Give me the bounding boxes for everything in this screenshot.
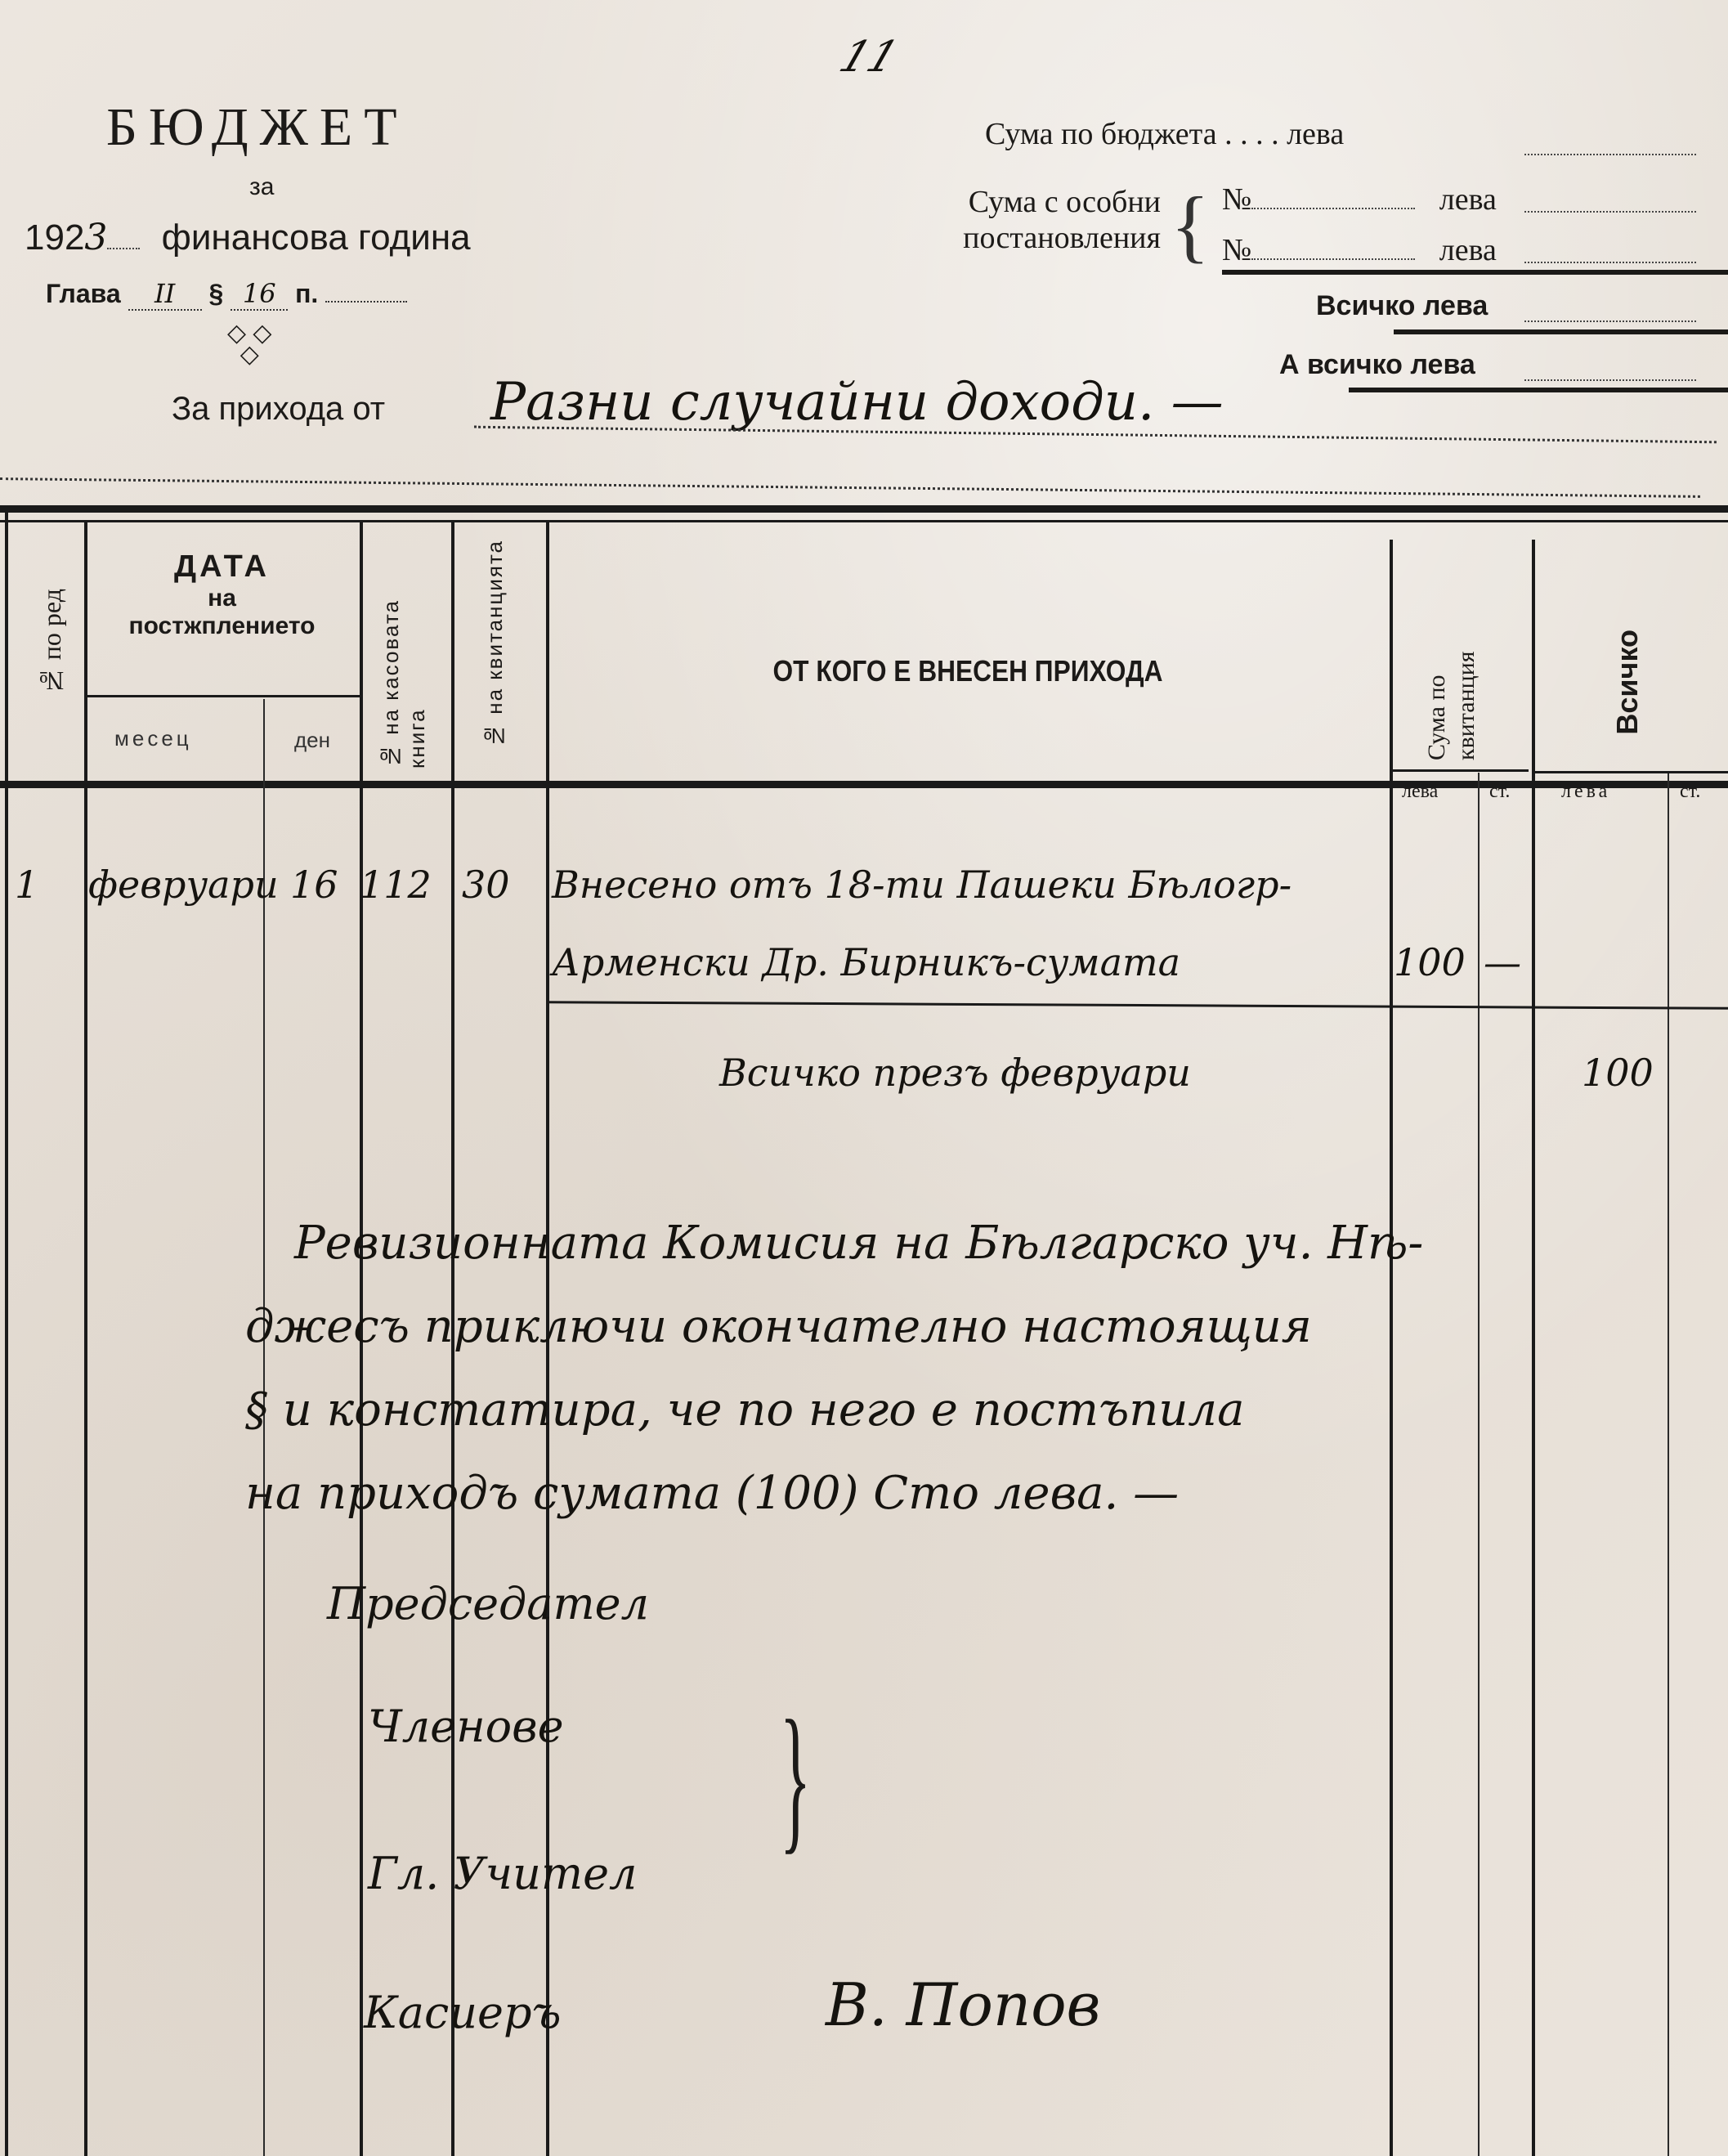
income-from-label: За прихода от xyxy=(172,391,385,428)
col-header-receipt-sum: Сума по квитанция xyxy=(1422,589,1488,760)
cell-day: 16 xyxy=(290,863,338,907)
col-header-day: ден xyxy=(294,728,330,753)
col-header-date: ДАТА на постжплението xyxy=(84,549,360,640)
point-label: п. xyxy=(295,279,318,308)
col-header-from-whom: ОТ КОГО Е ВНЕСЕН ПРИХОДА xyxy=(597,654,1339,688)
income-from-value: Разни случайни доходи. — xyxy=(490,372,1224,433)
table-top-inner-border xyxy=(0,520,1728,522)
cell-from-line-2: Арменски Др. Бирникъ-сумата xyxy=(552,940,1180,984)
col-header-st-total: ст. xyxy=(1680,781,1700,803)
signature-members: Членове xyxy=(368,1701,564,1752)
col-header-cash-book: № на касовата книга xyxy=(378,572,435,769)
paragraph-value: 16 xyxy=(231,278,288,311)
no-label: № xyxy=(1222,182,1251,217)
point-value xyxy=(325,301,407,303)
divider xyxy=(1349,388,1728,392)
total-subdivider xyxy=(1533,771,1728,773)
cell-month: февруари xyxy=(88,863,279,907)
special-sum-2-value xyxy=(1524,262,1696,263)
col-header-receipt-no: № на квитанцията xyxy=(482,540,508,748)
table-top-border xyxy=(0,505,1728,513)
cell-row-no: 1 xyxy=(15,863,38,907)
chapter-value: II xyxy=(128,278,202,311)
sum-subdivider xyxy=(1390,769,1529,772)
cell-receipt-st: — xyxy=(1484,940,1521,984)
title-for: за xyxy=(249,173,274,201)
divider xyxy=(1222,270,1728,275)
col-line xyxy=(1532,540,1535,2156)
signature-head-teacher: Гл. Учител xyxy=(368,1848,637,1899)
monthly-total-label: Всичко презъ февруари xyxy=(719,1051,1191,1095)
year-handwritten: 3 xyxy=(84,217,107,258)
special-sum-label-line-1: Сума с особни xyxy=(932,184,1161,220)
cell-receipt: 30 xyxy=(462,863,510,907)
total-label: Всичко лева xyxy=(1316,290,1488,322)
chapter-line: Глава II § 16 п. xyxy=(46,278,407,311)
no-label: № xyxy=(1222,233,1251,267)
brace-icon: } xyxy=(780,1684,811,1871)
cell-from-line-1: Внесено отъ 18-ти Пашеки Бѣлогр- xyxy=(552,863,1292,907)
document-title: БЮДЖЕТ xyxy=(106,96,409,159)
total-value xyxy=(1524,320,1696,322)
audit-note: Ревизионната Комисия на Бѣлгарско уч. Нѣ… xyxy=(245,1202,1423,1535)
audit-note-line: § и констатира, че по него е постъпила xyxy=(245,1369,1423,1452)
audit-note-line: Ревизионната Комисия на Бѣлгарско уч. Нѣ… xyxy=(294,1202,1423,1285)
paragraph-symbol: § xyxy=(209,279,224,308)
col-header-st: ст. xyxy=(1489,781,1510,803)
special-sum-1-value xyxy=(1524,211,1696,213)
ornament-icon: ◇ ◇◇ xyxy=(227,323,271,365)
brace-icon: { xyxy=(1171,178,1210,272)
budget-sum-label: Сума по бюджета . . . . лева xyxy=(985,116,1344,152)
fiscal-year-label: финансова година xyxy=(162,217,471,258)
col-line xyxy=(5,507,8,2156)
grand-total-value xyxy=(1524,379,1696,381)
budget-sum-value xyxy=(1524,154,1696,155)
leva-label: лева xyxy=(1439,182,1497,217)
special-row-1: № лева xyxy=(1222,182,1497,217)
audit-note-line: джесъ приключи окончателно настоящия xyxy=(245,1285,1423,1369)
year-prefix: 192 xyxy=(25,217,84,258)
divider xyxy=(1394,329,1728,334)
cell-receipt-leva: 100 xyxy=(1394,940,1466,984)
date-subdivider xyxy=(84,695,360,697)
special-row-2: № лева xyxy=(1222,232,1497,268)
cell-cash-book: 112 xyxy=(360,863,432,907)
col-line xyxy=(84,520,87,2156)
col-header-leva: лева xyxy=(1402,781,1438,803)
date-receipt: постжплението xyxy=(84,612,360,640)
grand-total-label: А всичко лева xyxy=(1279,349,1475,381)
signature-chairman: Председател xyxy=(327,1578,649,1629)
chapter-label: Глава xyxy=(46,279,121,308)
date-title: ДАТА xyxy=(84,549,360,585)
leva-label: лева xyxy=(1439,233,1497,267)
header-bottom-border xyxy=(0,781,1728,788)
col-line xyxy=(1668,773,1669,2156)
special-sum-label-line-2: постановления xyxy=(932,220,1161,256)
monthly-total-value: 100 xyxy=(1582,1051,1654,1095)
signature-cashier: В. Попов xyxy=(826,1970,1100,2039)
fiscal-year-line: 1923 финансова година xyxy=(25,217,471,258)
audit-note-line: на приходъ сумата (100) Сто лева. — xyxy=(245,1452,1423,1535)
col-header-leva-total: лева xyxy=(1561,781,1610,803)
page-number: 11 xyxy=(833,33,905,82)
signature-cashier-label: Касиеръ xyxy=(364,1987,562,2038)
row-underline xyxy=(546,1001,1728,1010)
special-sum-label: Сума с особни постановления xyxy=(932,184,1161,256)
col-line xyxy=(1478,773,1480,2156)
col-header-month: месец xyxy=(114,726,192,751)
date-on: на xyxy=(84,585,360,612)
col-header-total: Всичко xyxy=(1610,630,1645,735)
separator-dotted-line xyxy=(0,477,1700,498)
col-header-row-no: № по ред xyxy=(37,589,67,696)
